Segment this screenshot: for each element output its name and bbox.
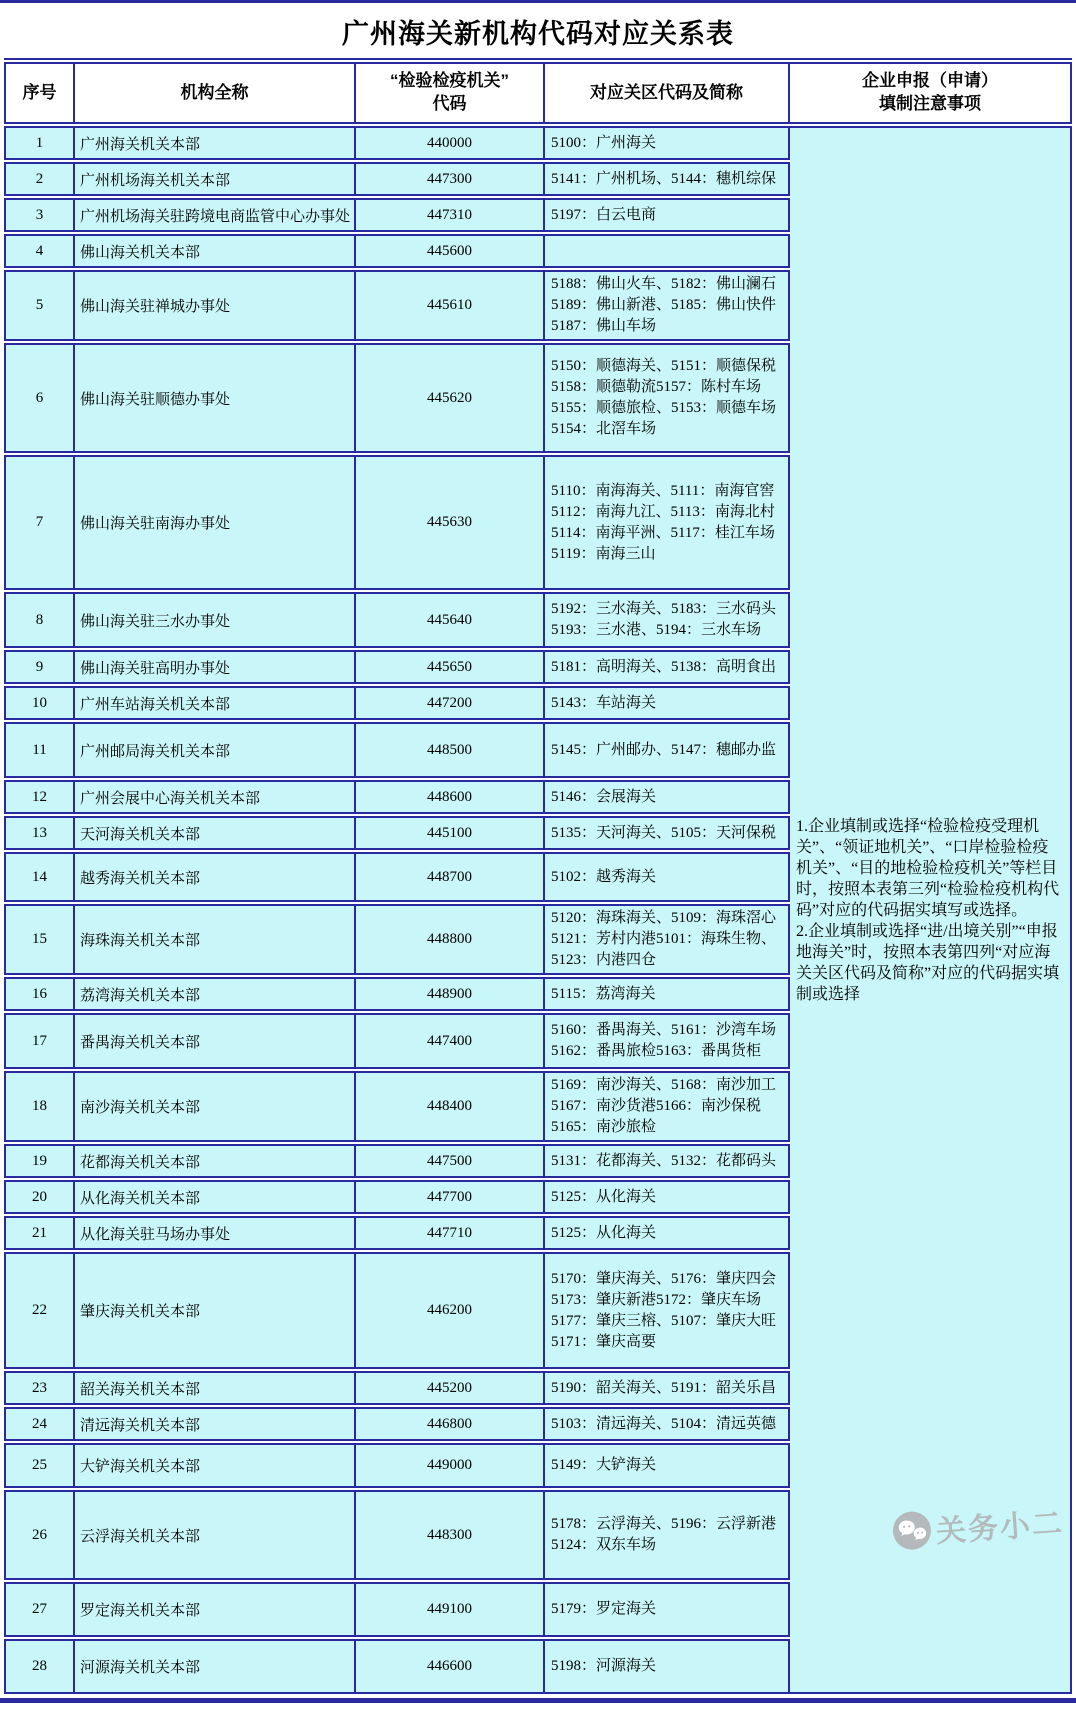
ciq-code: 445640 bbox=[356, 592, 545, 648]
ciq-code: 449000 bbox=[356, 1443, 545, 1488]
ciq-code: 448500 bbox=[356, 722, 545, 778]
customs-codes: 5125：从化海关 bbox=[545, 1216, 790, 1250]
watermark-label: 关务小二 bbox=[935, 1513, 1064, 1543]
ciq-code: 447200 bbox=[356, 686, 545, 720]
org-name: 越秀海关机关本部 bbox=[75, 852, 356, 902]
serial-number: 18 bbox=[4, 1071, 75, 1142]
serial-number: 22 bbox=[4, 1252, 75, 1369]
customs-codes: 5143：车站海关 bbox=[545, 686, 790, 720]
ciq-code: 445630 bbox=[356, 455, 545, 590]
org-name: 广州机场海关驻跨境电商监管中心办事处 bbox=[75, 198, 356, 232]
customs-codes: 5198：河源海关 bbox=[545, 1639, 790, 1694]
customs-codes: 5178：云浮海关、5196：云浮新港 5124：双东车场 bbox=[545, 1490, 790, 1580]
customs-codes: 5149：大铲海关 bbox=[545, 1443, 790, 1488]
ciq-code: 448600 bbox=[356, 780, 545, 814]
serial-number: 11 bbox=[4, 722, 75, 778]
customs-codes: 5169：南沙海关、5168：南沙加工 5167：南沙货港5166：南沙保税 5… bbox=[545, 1071, 790, 1142]
serial-number: 1 bbox=[4, 126, 75, 160]
serial-number: 24 bbox=[4, 1407, 75, 1441]
org-name: 花都海关机关本部 bbox=[75, 1144, 356, 1178]
notes-text: 1.企业填制或选择“检验检疫受理机关”、“领证地机关”、“口岸检验检疫机关”、“… bbox=[796, 816, 1064, 1005]
org-name: 大铲海关机关本部 bbox=[75, 1443, 356, 1488]
org-name: 番禺海关机关本部 bbox=[75, 1013, 356, 1069]
customs-codes: 5100：广州海关 bbox=[545, 126, 790, 160]
org-name: 佛山海关机关本部 bbox=[75, 234, 356, 268]
ciq-code: 447500 bbox=[356, 1144, 545, 1178]
customs-codes bbox=[545, 234, 790, 268]
customs-codes: 5150：顺德海关、5151：顺德保税 5158：顺德勒流5157：陈村车场 5… bbox=[545, 343, 790, 453]
col-header-org-name: 机构全称 bbox=[75, 62, 356, 124]
serial-number: 26 bbox=[4, 1490, 75, 1580]
customs-codes: 5102：越秀海关 bbox=[545, 852, 790, 902]
serial-number: 27 bbox=[4, 1582, 75, 1637]
ciq-code: 445610 bbox=[356, 270, 545, 341]
ciq-code: 447710 bbox=[356, 1216, 545, 1250]
table-row: 1 广州海关机关本部 440000 5100：广州海关 1.企业填制或选择“检验… bbox=[4, 126, 1072, 160]
serial-number: 8 bbox=[4, 592, 75, 648]
customs-codes: 5160：番禺海关、5161：沙湾车场 5162：番禺旅检5163：番禺货柜 bbox=[545, 1013, 790, 1069]
ciq-code: 449100 bbox=[356, 1582, 545, 1637]
org-name: 佛山海关驻禅城办事处 bbox=[75, 270, 356, 341]
serial-number: 15 bbox=[4, 904, 75, 975]
customs-codes: 5179：罗定海关 bbox=[545, 1582, 790, 1637]
org-name: 佛山海关驻三水办事处 bbox=[75, 592, 356, 648]
serial-number: 21 bbox=[4, 1216, 75, 1250]
customs-code-table: 序号 机构全称 “检验检疫机关” 代码 对应关区代码及简称 企业申报（申请） 填… bbox=[4, 60, 1072, 1696]
serial-number: 9 bbox=[4, 650, 75, 684]
customs-codes: 5103：清远海关、5104：清远英德 bbox=[545, 1407, 790, 1441]
serial-number: 20 bbox=[4, 1180, 75, 1214]
col-header-ciq-code: “检验检疫机关” 代码 bbox=[356, 62, 545, 124]
col-header-notes: 企业申报（申请） 填制注意事项 bbox=[790, 62, 1072, 124]
org-name: 肇庆海关机关本部 bbox=[75, 1252, 356, 1369]
ciq-code: 445600 bbox=[356, 234, 545, 268]
watermark: 关务小二 bbox=[891, 1500, 1066, 1558]
customs-codes: 5120：海珠海关、5109：海珠滘心 5121：芳村内港5101：海珠生物、 … bbox=[545, 904, 790, 975]
ciq-code: 448400 bbox=[356, 1071, 545, 1142]
serial-number: 13 bbox=[4, 816, 75, 850]
wechat-chat-bubbles-icon bbox=[891, 1509, 934, 1558]
org-name: 荔湾海关机关本部 bbox=[75, 977, 356, 1011]
org-name: 罗定海关机关本部 bbox=[75, 1582, 356, 1637]
serial-number: 14 bbox=[4, 852, 75, 902]
customs-codes: 5197：白云电商 bbox=[545, 198, 790, 232]
org-name: 从化海关驻马场办事处 bbox=[75, 1216, 356, 1250]
serial-number: 19 bbox=[4, 1144, 75, 1178]
ciq-code: 447300 bbox=[356, 162, 545, 196]
serial-number: 2 bbox=[4, 162, 75, 196]
serial-number: 17 bbox=[4, 1013, 75, 1069]
ciq-code: 447310 bbox=[356, 198, 545, 232]
customs-codes: 5115：荔湾海关 bbox=[545, 977, 790, 1011]
serial-number: 25 bbox=[4, 1443, 75, 1488]
org-name: 天河海关机关本部 bbox=[75, 816, 356, 850]
customs-codes: 5145：广州邮办、5147：穗邮办监 bbox=[545, 722, 790, 778]
org-name: 云浮海关机关本部 bbox=[75, 1490, 356, 1580]
serial-number: 4 bbox=[4, 234, 75, 268]
customs-codes: 5192：三水海关、5183：三水码头 5193：三水港、5194：三水车场 bbox=[545, 592, 790, 648]
org-name: 南沙海关机关本部 bbox=[75, 1071, 356, 1142]
ciq-code: 446600 bbox=[356, 1639, 545, 1694]
page-title: 广州海关新机构代码对应关系表 bbox=[342, 19, 734, 49]
serial-number: 5 bbox=[4, 270, 75, 341]
customs-codes: 5188：佛山火车、5182：佛山澜石 5189：佛山新港、5185：佛山快件 … bbox=[545, 270, 790, 341]
customs-codes: 5125：从化海关 bbox=[545, 1180, 790, 1214]
org-name: 广州会展中心海关机关本部 bbox=[75, 780, 356, 814]
serial-number: 6 bbox=[4, 343, 75, 453]
org-name: 广州海关机关本部 bbox=[75, 126, 356, 160]
title-box: 广州海关新机构代码对应关系表 bbox=[4, 3, 1072, 60]
header-row: 序号 机构全称 “检验检疫机关” 代码 对应关区代码及简称 企业申报（申请） 填… bbox=[4, 62, 1072, 124]
serial-number: 23 bbox=[4, 1371, 75, 1405]
customs-codes: 5190：韶关海关、5191：韶关乐昌 bbox=[545, 1371, 790, 1405]
ciq-code: 448300 bbox=[356, 1490, 545, 1580]
customs-codes: 5135：天河海关、5105：天河保税 bbox=[545, 816, 790, 850]
ciq-code: 448900 bbox=[356, 977, 545, 1011]
org-name: 河源海关机关本部 bbox=[75, 1639, 356, 1694]
org-name: 广州机场海关机关本部 bbox=[75, 162, 356, 196]
org-name: 佛山海关驻南海办事处 bbox=[75, 455, 356, 590]
ciq-code: 448700 bbox=[356, 852, 545, 902]
customs-codes: 5181：高明海关、5138：高明食出 bbox=[545, 650, 790, 684]
org-name: 清远海关机关本部 bbox=[75, 1407, 356, 1441]
ciq-code: 445200 bbox=[356, 1371, 545, 1405]
serial-number: 3 bbox=[4, 198, 75, 232]
ciq-code: 440000 bbox=[356, 126, 545, 160]
bottom-divider bbox=[0, 1698, 1076, 1703]
org-name: 广州邮局海关机关本部 bbox=[75, 722, 356, 778]
org-name: 广州车站海关机关本部 bbox=[75, 686, 356, 720]
org-name: 海珠海关机关本部 bbox=[75, 904, 356, 975]
org-name: 佛山海关驻高明办事处 bbox=[75, 650, 356, 684]
customs-codes: 5110：南海海关、5111：南海官窖 5112：南海九江、5113：南海北村 … bbox=[545, 455, 790, 590]
org-name: 从化海关机关本部 bbox=[75, 1180, 356, 1214]
customs-codes: 5141：广州机场、5144：穗机综保 bbox=[545, 162, 790, 196]
customs-codes: 5146：会展海关 bbox=[545, 780, 790, 814]
ciq-code: 445100 bbox=[356, 816, 545, 850]
customs-codes: 5170：肇庆海关、5176：肇庆四会 5173：肇庆新港5172：肇庆车场 5… bbox=[545, 1252, 790, 1369]
serial-number: 16 bbox=[4, 977, 75, 1011]
ciq-code: 447400 bbox=[356, 1013, 545, 1069]
ciq-code: 445650 bbox=[356, 650, 545, 684]
org-name: 佛山海关驻顺德办事处 bbox=[75, 343, 356, 453]
notes-cell: 1.企业填制或选择“检验检疫受理机关”、“领证地机关”、“口岸检验检疫机关”、“… bbox=[790, 126, 1072, 1694]
ciq-code: 445620 bbox=[356, 343, 545, 453]
org-name: 韶关海关机关本部 bbox=[75, 1371, 356, 1405]
col-header-customs-codes: 对应关区代码及简称 bbox=[545, 62, 790, 124]
ciq-code: 448800 bbox=[356, 904, 545, 975]
ciq-code: 447700 bbox=[356, 1180, 545, 1214]
serial-number: 28 bbox=[4, 1639, 75, 1694]
serial-number: 12 bbox=[4, 780, 75, 814]
col-header-serial: 序号 bbox=[4, 62, 75, 124]
serial-number: 7 bbox=[4, 455, 75, 590]
serial-number: 10 bbox=[4, 686, 75, 720]
ciq-code: 446800 bbox=[356, 1407, 545, 1441]
ciq-code: 446200 bbox=[356, 1252, 545, 1369]
customs-codes: 5131：花都海关、5132：花都码头 bbox=[545, 1144, 790, 1178]
